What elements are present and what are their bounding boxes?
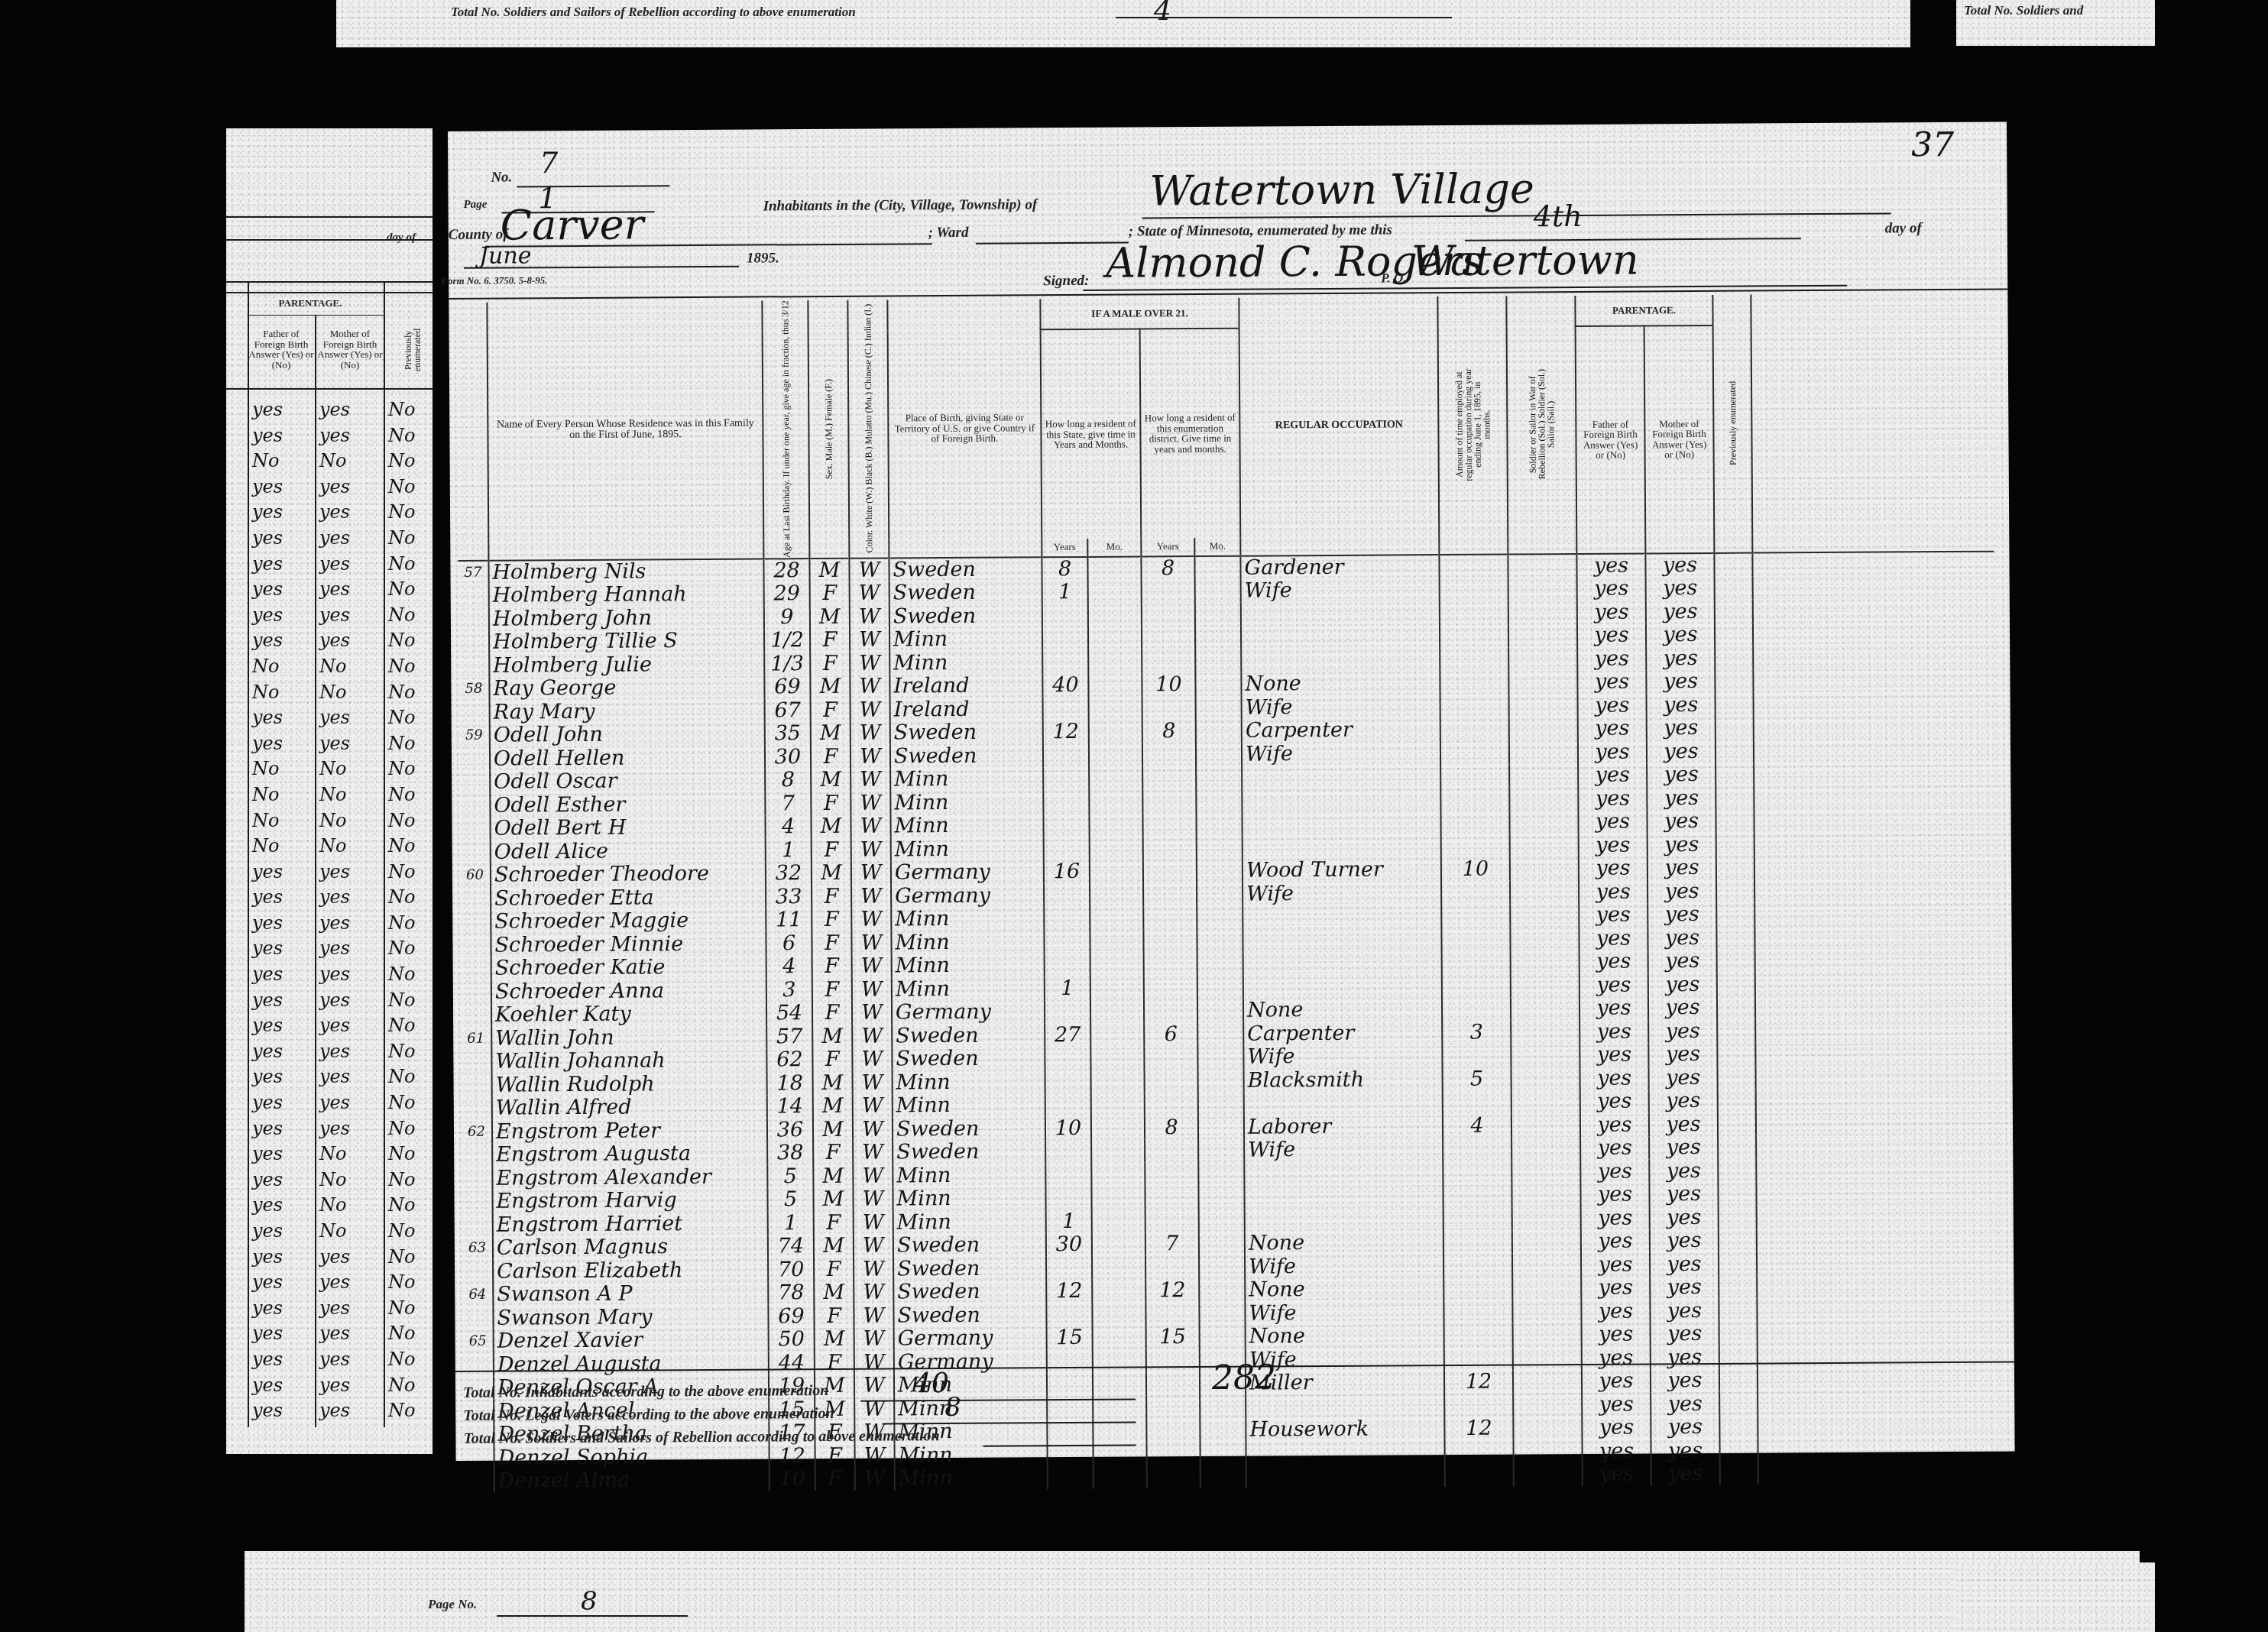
- left-table-row: yesyesNo: [226, 399, 433, 425]
- cell-occupation: None: [1245, 1231, 1443, 1255]
- left-cell-previously: No: [388, 578, 415, 600]
- left-cell-mother: No: [319, 1143, 346, 1164]
- cell-occupation: None: [1245, 1277, 1443, 1302]
- cell-months-employed: 10: [1441, 857, 1510, 881]
- cell-previously: [1719, 1345, 1758, 1369]
- cell-name: Wallin Alfred: [492, 1095, 767, 1120]
- cell-family-number: 65: [463, 1329, 494, 1353]
- left-table-row: NoNoNo: [226, 835, 433, 861]
- cell-family-number: [460, 840, 491, 864]
- left-cell-previously: No: [388, 733, 415, 754]
- cell-district-months: [1198, 1092, 1244, 1116]
- cell-margin: [1758, 1367, 1999, 1391]
- cell-occupation: [1243, 974, 1442, 999]
- cell-soldier: [1510, 927, 1579, 950]
- cell-district-months: [1195, 672, 1241, 696]
- cell-color: W: [852, 1001, 892, 1025]
- left-table-row: yesyesNo: [226, 707, 433, 733]
- left-table-row: yesyesNo: [226, 1015, 433, 1041]
- cell-birthplace: Minn: [890, 767, 1043, 792]
- prev-soldiers-value: 4: [1154, 0, 1171, 27]
- cell-district-months: [1196, 812, 1242, 836]
- cell-sex: F: [812, 885, 851, 908]
- left-rule-1: [226, 216, 433, 218]
- left-cell-mother: No: [319, 810, 346, 831]
- cell-name: Engstrom Augusta: [492, 1141, 767, 1167]
- cell-previously: [1719, 1206, 1757, 1229]
- cell-district-months: [1195, 603, 1241, 627]
- cell-mother-foreign: yes: [1649, 1159, 1718, 1183]
- cell-previously: [1717, 973, 1755, 996]
- left-cell-mother: yes: [319, 886, 350, 908]
- cell-color: W: [853, 1094, 893, 1118]
- cell-family-number: [460, 910, 491, 934]
- cell-mother-foreign: yes: [1646, 646, 1715, 670]
- cell-state-years: [1042, 627, 1088, 651]
- cell-sex: F: [811, 745, 851, 769]
- cell-name: Holmberg Nils: [488, 559, 763, 584]
- cell-state-months: [1092, 1232, 1145, 1256]
- cell-margin: [1756, 1180, 1997, 1205]
- cell-state-years: [1045, 1140, 1091, 1164]
- cell-soldier: [1509, 764, 1578, 788]
- cell-mother-foreign: yes: [1646, 670, 1715, 694]
- left-cell-father: yes: [252, 578, 283, 600]
- cell-father-foreign: yes: [1583, 1439, 1651, 1463]
- left-cell-mother: yes: [319, 989, 350, 1011]
- cell-state-months: [1089, 743, 1142, 767]
- cell-district-years: [1147, 1465, 1200, 1489]
- left-cell-father: yes: [252, 1271, 283, 1293]
- cell-color: W: [850, 581, 889, 605]
- cell-district-months: [1197, 929, 1243, 953]
- cell-months-employed: [1443, 1090, 1511, 1114]
- left-cell-previously: No: [388, 1271, 415, 1293]
- cell-father-foreign: yes: [1581, 1206, 1650, 1230]
- left-cell-mother: No: [319, 682, 346, 703]
- cell-district-months: [1198, 1185, 1244, 1209]
- cell-birthplace: Sweden: [889, 581, 1042, 605]
- cell-sex: M: [811, 721, 851, 745]
- cell-state-years: [1045, 1093, 1091, 1117]
- left-cell-mother: yes: [319, 399, 350, 420]
- cell-name: Odell Bert H: [490, 815, 765, 840]
- cell-occupation: Wife: [1243, 881, 1441, 905]
- cell-family-number: [459, 770, 490, 794]
- cell-state-months: [1090, 860, 1143, 883]
- col-months-employed-header: Amount of time employed at regular occup…: [1437, 296, 1508, 555]
- cell-age: 38: [767, 1141, 813, 1165]
- cell-district-years: [1145, 1302, 1199, 1326]
- cell-previously: [1716, 926, 1754, 950]
- cell-family-number: 57: [458, 560, 488, 584]
- left-cell-mother: yes: [319, 501, 350, 523]
- cell-months-employed: [1443, 1277, 1512, 1300]
- cell-sex: F: [814, 1258, 854, 1281]
- col-soldier-header: Soldier or Sailor in War of Rebellion (S…: [1506, 296, 1576, 554]
- cell-occupation: Wife: [1242, 695, 1440, 719]
- left-cell-mother: yes: [319, 861, 350, 882]
- cell-months-employed: [1442, 974, 1511, 998]
- cell-age: 3: [766, 978, 812, 1002]
- left-cell-father: yes: [252, 1066, 283, 1087]
- cell-previously: [1719, 1275, 1757, 1299]
- cell-name: Schroeder Maggie: [491, 908, 766, 934]
- cell-previously: [1719, 1392, 1758, 1416]
- cell-name: Schroeder Theodore: [491, 862, 766, 887]
- left-cell-mother: yes: [319, 604, 350, 626]
- cell-district-months: [1197, 836, 1243, 860]
- cell-state-months: [1091, 1093, 1145, 1116]
- cell-age: 6: [766, 931, 812, 955]
- cell-soldier: [1508, 578, 1577, 601]
- left-cell-mother: yes: [319, 912, 350, 934]
- cell-birthplace: Minn: [892, 976, 1045, 1001]
- cell-birthplace: Minn: [889, 627, 1042, 652]
- cell-soldier: [1513, 1370, 1582, 1394]
- adjacent-next-page-fragment: [1956, 1562, 2155, 1632]
- cell-mother-foreign: yes: [1651, 1392, 1719, 1416]
- cell-age: 67: [765, 698, 811, 722]
- cell-soldier: [1511, 950, 1579, 974]
- left-cell-father: yes: [252, 1143, 283, 1164]
- cell-age: 11: [766, 908, 812, 932]
- cell-father-foreign: yes: [1580, 1136, 1649, 1160]
- cell-months-employed: [1440, 578, 1508, 601]
- left-cell-father: yes: [252, 1323, 283, 1344]
- cell-occupation: None: [1241, 672, 1440, 696]
- left-cell-father: No: [252, 758, 279, 779]
- cell-mother-foreign: yes: [1648, 996, 1717, 1020]
- cell-months-employed: [1442, 950, 1511, 974]
- cell-age: 44: [769, 1351, 815, 1375]
- cell-state-years: [1043, 814, 1089, 837]
- cell-family-number: [462, 1073, 492, 1097]
- left-cell-previously: No: [388, 1375, 415, 1396]
- cell-district-months: [1196, 719, 1242, 743]
- cell-months-employed: 12: [1444, 1370, 1513, 1394]
- left-col-previously: Previously enumerated: [403, 319, 422, 380]
- cell-mother-foreign: yes: [1648, 833, 1716, 856]
- cell-occupation: [1243, 951, 1442, 976]
- cell-previously: [1719, 1368, 1758, 1392]
- cell-occupation: [1241, 648, 1440, 672]
- cell-father-foreign: yes: [1580, 1160, 1649, 1184]
- cell-state-months: [1088, 650, 1142, 674]
- cell-mother-foreign: yes: [1651, 1369, 1719, 1393]
- cell-birthplace: Sweden: [893, 1233, 1046, 1258]
- left-cell-previously: No: [388, 604, 415, 626]
- cell-occupation: Carpenter: [1242, 718, 1440, 743]
- cell-margin: [1752, 551, 1994, 576]
- cell-family-number: [462, 1096, 492, 1120]
- cell-occupation: [1244, 1161, 1443, 1185]
- left-cell-mother: No: [319, 835, 346, 856]
- cell-color: W: [854, 1304, 893, 1328]
- left-cell-mother: yes: [319, 1118, 350, 1139]
- page-label: Page: [464, 199, 488, 212]
- cell-occupation: [1246, 1464, 1445, 1488]
- left-day-of-label: day of: [387, 232, 416, 244]
- cell-soldier: [1513, 1393, 1582, 1417]
- cell-soldier: [1509, 740, 1578, 764]
- cell-margin: [1756, 1158, 1997, 1182]
- cell-age: 29: [764, 582, 810, 606]
- left-table-row: yesyesNo: [226, 1092, 433, 1118]
- cell-soldier: [1511, 1067, 1580, 1090]
- cell-soldier: [1508, 624, 1577, 648]
- cell-color: W: [851, 745, 890, 769]
- cell-soldier: [1508, 671, 1577, 695]
- cell-father-foreign: yes: [1579, 834, 1648, 857]
- cell-occupation: Wood Turner: [1243, 858, 1441, 882]
- day-of-label: day of: [1885, 220, 1922, 237]
- cell-months-employed: [1443, 1254, 1512, 1277]
- cell-mother-foreign: yes: [1648, 903, 1716, 927]
- cell-district-years: [1142, 789, 1196, 813]
- cell-mother-foreign: yes: [1649, 1112, 1718, 1136]
- cell-margin: [1758, 1391, 1999, 1415]
- cell-age: 4: [766, 955, 812, 979]
- left-rule-3: [226, 281, 433, 283]
- cell-previously: [1715, 646, 1753, 670]
- cell-state-months: [1090, 953, 1144, 976]
- cell-months-employed: [1441, 928, 1510, 951]
- left-cell-father: yes: [252, 1118, 283, 1139]
- cell-margin: [1758, 1413, 1999, 1438]
- cell-sex: M: [813, 1164, 853, 1188]
- cell-state-years: 8: [1042, 557, 1087, 581]
- cell-name: Schroeder Minnie: [491, 932, 766, 957]
- cell-occupation: [1241, 625, 1440, 649]
- cell-name: Schroeder Katie: [491, 955, 766, 980]
- cell-district-years: [1146, 1395, 1200, 1419]
- cell-birthplace: Sweden: [893, 1256, 1046, 1281]
- cell-family-number: [462, 1260, 493, 1284]
- cell-state-years: 30: [1046, 1233, 1092, 1257]
- cell-margin: [1754, 924, 1996, 949]
- cell-father-foreign: yes: [1583, 1462, 1651, 1486]
- left-cell-previously: No: [388, 630, 415, 651]
- adjacent-page-fragment: Total No. Soldiers and: [1956, 0, 2155, 46]
- cell-state-months: [1093, 1326, 1146, 1349]
- cell-sex: F: [812, 838, 851, 862]
- col-male-over-21-header: IF A MALE OVER 21.: [1040, 298, 1239, 330]
- left-cell-mother: yes: [319, 937, 350, 959]
- left-cell-father: No: [252, 810, 279, 831]
- cell-father-foreign: yes: [1579, 973, 1648, 997]
- cell-district-months: [1198, 1116, 1244, 1139]
- cell-age: 7: [765, 792, 811, 815]
- cell-previously: [1714, 552, 1752, 576]
- place-value: Watertown Village: [1149, 164, 1534, 215]
- left-cell-father: yes: [252, 1375, 283, 1396]
- cell-soldier: [1510, 834, 1579, 857]
- cell-previously: [1716, 786, 1754, 810]
- cell-soldier: [1511, 1020, 1579, 1044]
- cell-state-months: [1091, 1116, 1145, 1140]
- col-father-foreign-header: Father of Foreign Birth Answer (Yes) or …: [1576, 325, 1646, 553]
- cell-district-months: [1200, 1325, 1246, 1349]
- cell-district-years: [1143, 836, 1197, 860]
- cell-margin: [1753, 575, 1994, 599]
- cell-family-number: [462, 1307, 493, 1330]
- cell-soldier: [1512, 1300, 1581, 1323]
- cell-father-foreign: yes: [1577, 670, 1646, 694]
- cell-district-months: [1194, 555, 1240, 579]
- cell-birthplace: Minn: [891, 837, 1044, 861]
- no-value: 7: [539, 146, 558, 180]
- cell-margin: [1756, 1087, 1997, 1112]
- left-cell-father: yes: [252, 1297, 283, 1319]
- cell-occupation: Wife: [1243, 1044, 1442, 1069]
- cell-occupation: Wife: [1245, 1254, 1443, 1278]
- cell-previously: [1717, 996, 1755, 1019]
- cell-father-foreign: yes: [1580, 1183, 1649, 1206]
- cell-mother-foreign: yes: [1651, 1323, 1719, 1346]
- left-cell-father: yes: [252, 1246, 283, 1268]
- cell-color: W: [851, 698, 890, 722]
- cell-birthplace: Sweden: [889, 557, 1042, 581]
- cell-name: Holmberg Tillie S: [489, 629, 764, 654]
- left-cell-mother: No: [319, 1169, 346, 1190]
- cell-mother-foreign: yes: [1646, 577, 1715, 601]
- left-cell-father: No: [252, 784, 279, 805]
- cell-name: Odell Hellen: [490, 746, 765, 771]
- left-rows: yesyesNoyesyesNoNoNoNoyesyesNoyesyesNoye…: [226, 399, 433, 1426]
- cell-sex: M: [814, 1234, 854, 1258]
- cell-district-years: [1146, 1349, 1200, 1372]
- cell-family-number: 59: [459, 724, 490, 747]
- left-cell-previously: No: [388, 1220, 415, 1242]
- cell-previously: [1716, 879, 1754, 903]
- left-cell-previously: No: [388, 1246, 415, 1268]
- cell-months-employed: [1441, 881, 1510, 905]
- cell-district-years: [1142, 580, 1195, 604]
- cell-previously: [1718, 1182, 1756, 1206]
- cell-previously: [1720, 1439, 1758, 1462]
- census-page: No. 7 Page 1 Inhabitants in the (City, V…: [448, 122, 2015, 1461]
- left-cell-mother: No: [319, 758, 346, 779]
- cell-months-employed: [1443, 1184, 1511, 1207]
- cell-age: 35: [765, 722, 811, 746]
- cell-father-foreign: yes: [1578, 787, 1647, 811]
- cell-state-months: [1091, 1139, 1145, 1163]
- left-cell-previously: No: [388, 1143, 415, 1164]
- cell-family-number: 60: [460, 863, 491, 887]
- cell-district-months: [1198, 1162, 1244, 1186]
- cell-margin: [1753, 598, 1994, 623]
- cell-family-number: [458, 607, 489, 631]
- cell-state-months: [1093, 1349, 1146, 1373]
- cell-occupation: Blacksmith: [1244, 1067, 1443, 1092]
- cell-district-years: [1144, 976, 1197, 999]
- cell-age: 78: [768, 1281, 814, 1305]
- cell-state-months: [1093, 1372, 1146, 1396]
- cell-birthplace: Sweden: [890, 743, 1043, 768]
- cell-soldier: [1512, 1277, 1581, 1300]
- left-cell-mother: yes: [319, 527, 350, 549]
- cell-family-number: 64: [462, 1283, 493, 1307]
- cell-state-years: 15: [1047, 1326, 1093, 1350]
- left-cell-father: No: [252, 656, 279, 677]
- cell-sex: F: [812, 1001, 852, 1025]
- cell-father-foreign: yes: [1582, 1416, 1651, 1439]
- cell-color: W: [849, 558, 889, 581]
- cell-margin: [1757, 1227, 1998, 1252]
- left-table-row: NoNoNo: [226, 450, 433, 476]
- left-cell-mother: yes: [319, 1066, 350, 1087]
- cell-soldier: [1513, 1346, 1582, 1370]
- next-page-value: 8: [581, 1586, 598, 1617]
- cell-birthplace: Minn: [891, 907, 1044, 931]
- left-cell-previously: No: [388, 937, 415, 959]
- col-district-residence-header: How long a resident of this enumeration …: [1140, 329, 1241, 538]
- left-table-row: NoNoNo: [226, 758, 433, 784]
- cell-name: Carlson Magnus: [493, 1235, 768, 1260]
- cell-months-employed: [1444, 1323, 1513, 1347]
- cell-name: Holmberg John: [489, 606, 764, 631]
- day-value: 4th: [1534, 199, 1583, 233]
- cell-previously: [1716, 763, 1754, 786]
- cell-previously: [1719, 1252, 1757, 1276]
- cell-district-years: [1143, 882, 1197, 906]
- cell-father-foreign: yes: [1578, 717, 1647, 740]
- cell-name: Odell Esther: [490, 792, 765, 818]
- cell-district-years: [1145, 1209, 1199, 1232]
- left-table-row: NoNoNo: [226, 784, 433, 810]
- cell-sex: M: [813, 1094, 853, 1118]
- cell-months-employed: [1442, 1044, 1511, 1067]
- cell-birthplace: Minn: [891, 930, 1044, 954]
- cell-sex: M: [811, 814, 851, 838]
- cell-district-years: [1142, 766, 1196, 790]
- cell-name: Wallin John: [491, 1025, 766, 1051]
- cell-name: Holmberg Hannah: [489, 582, 764, 607]
- left-cell-previously: No: [388, 501, 415, 523]
- cell-mother-foreign: yes: [1647, 786, 1716, 810]
- cell-sex: M: [813, 1187, 853, 1211]
- cell-family-number: [462, 1167, 492, 1190]
- cell-birthplace: Germany: [892, 1000, 1045, 1025]
- cell-sex: F: [812, 978, 852, 1002]
- cell-birthplace: Sweden: [892, 1047, 1045, 1071]
- cell-margin: [1758, 1460, 2000, 1485]
- cell-district-months: [1198, 1069, 1244, 1093]
- left-cell-mother: yes: [319, 476, 350, 497]
- cell-margin: [1754, 878, 1996, 902]
- cell-margin: [1754, 714, 1995, 739]
- cell-months-employed: [1445, 1440, 1514, 1464]
- cell-family-number: [462, 1143, 492, 1167]
- cell-family-number: [458, 584, 489, 607]
- cell-family-number: [458, 654, 489, 678]
- cell-color: W: [853, 1141, 893, 1164]
- sheet-number: 37: [1911, 125, 1954, 164]
- census-table: Name of Every Person Whose Residence was…: [456, 293, 1999, 1493]
- cell-soldier: [1509, 717, 1578, 741]
- left-cell-previously: No: [388, 989, 415, 1011]
- cell-district-years: [1143, 860, 1197, 883]
- left-table-row: yesyesNo: [226, 630, 433, 656]
- cell-district-months: [1197, 1022, 1243, 1046]
- cell-sex: M: [814, 1281, 854, 1304]
- cell-state-years: [1044, 883, 1090, 907]
- left-table-row: yesyesNo: [226, 989, 433, 1015]
- cell-months-employed: [1439, 554, 1508, 578]
- cell-father-foreign: yes: [1580, 1067, 1649, 1090]
- month-value: June: [479, 242, 532, 269]
